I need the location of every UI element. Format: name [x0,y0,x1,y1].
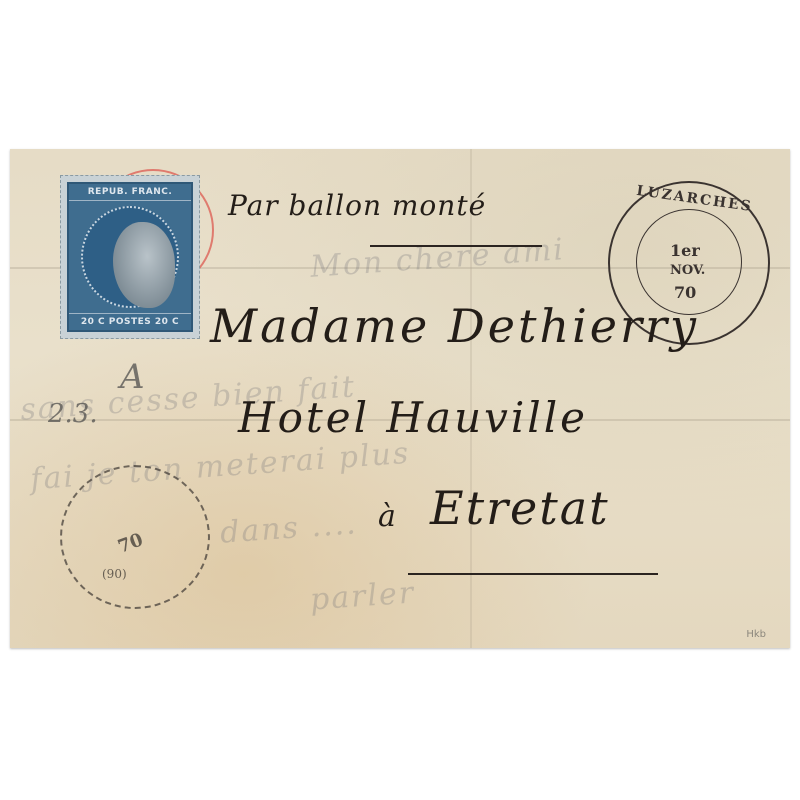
postmark-day: 1er [670,241,700,260]
address-city: Etretat [430,481,610,535]
recipient-name: Madame Dethierry [210,299,699,353]
envelope: Mon chere ami sans cesse bien fait fai j… [10,149,790,648]
ceres-head-icon [113,222,175,308]
pencil-note: A [120,357,145,397]
stamp-bottom-text: 20 C POSTES 20 C [69,313,191,330]
dealer-mark: Hkb [746,629,766,640]
postmark-month: NOV. [670,263,705,278]
arrival-postmark: 70 (90) [60,465,210,609]
pencil-note: 2.3. [48,399,98,429]
postmark-year: 70 [115,529,146,557]
bleed-through-text: parler [309,575,416,617]
route-note: Par ballon monté [228,189,486,222]
postmark-dept: (90) [102,567,127,581]
underline [370,245,542,247]
underline [408,573,658,575]
address-line-hotel: Hotel Hauville [238,393,588,442]
postage-stamp: REPUB. FRANC. 20 C POSTES 20 C [60,175,200,339]
stamp-top-text: REPUB. FRANC. [69,184,191,201]
address-prefix: à [378,499,396,534]
bleed-through-text: Mon chere ami [309,232,566,285]
stamp-portrait-oval [81,206,179,308]
bleed-through-text: dans .... [219,506,359,551]
